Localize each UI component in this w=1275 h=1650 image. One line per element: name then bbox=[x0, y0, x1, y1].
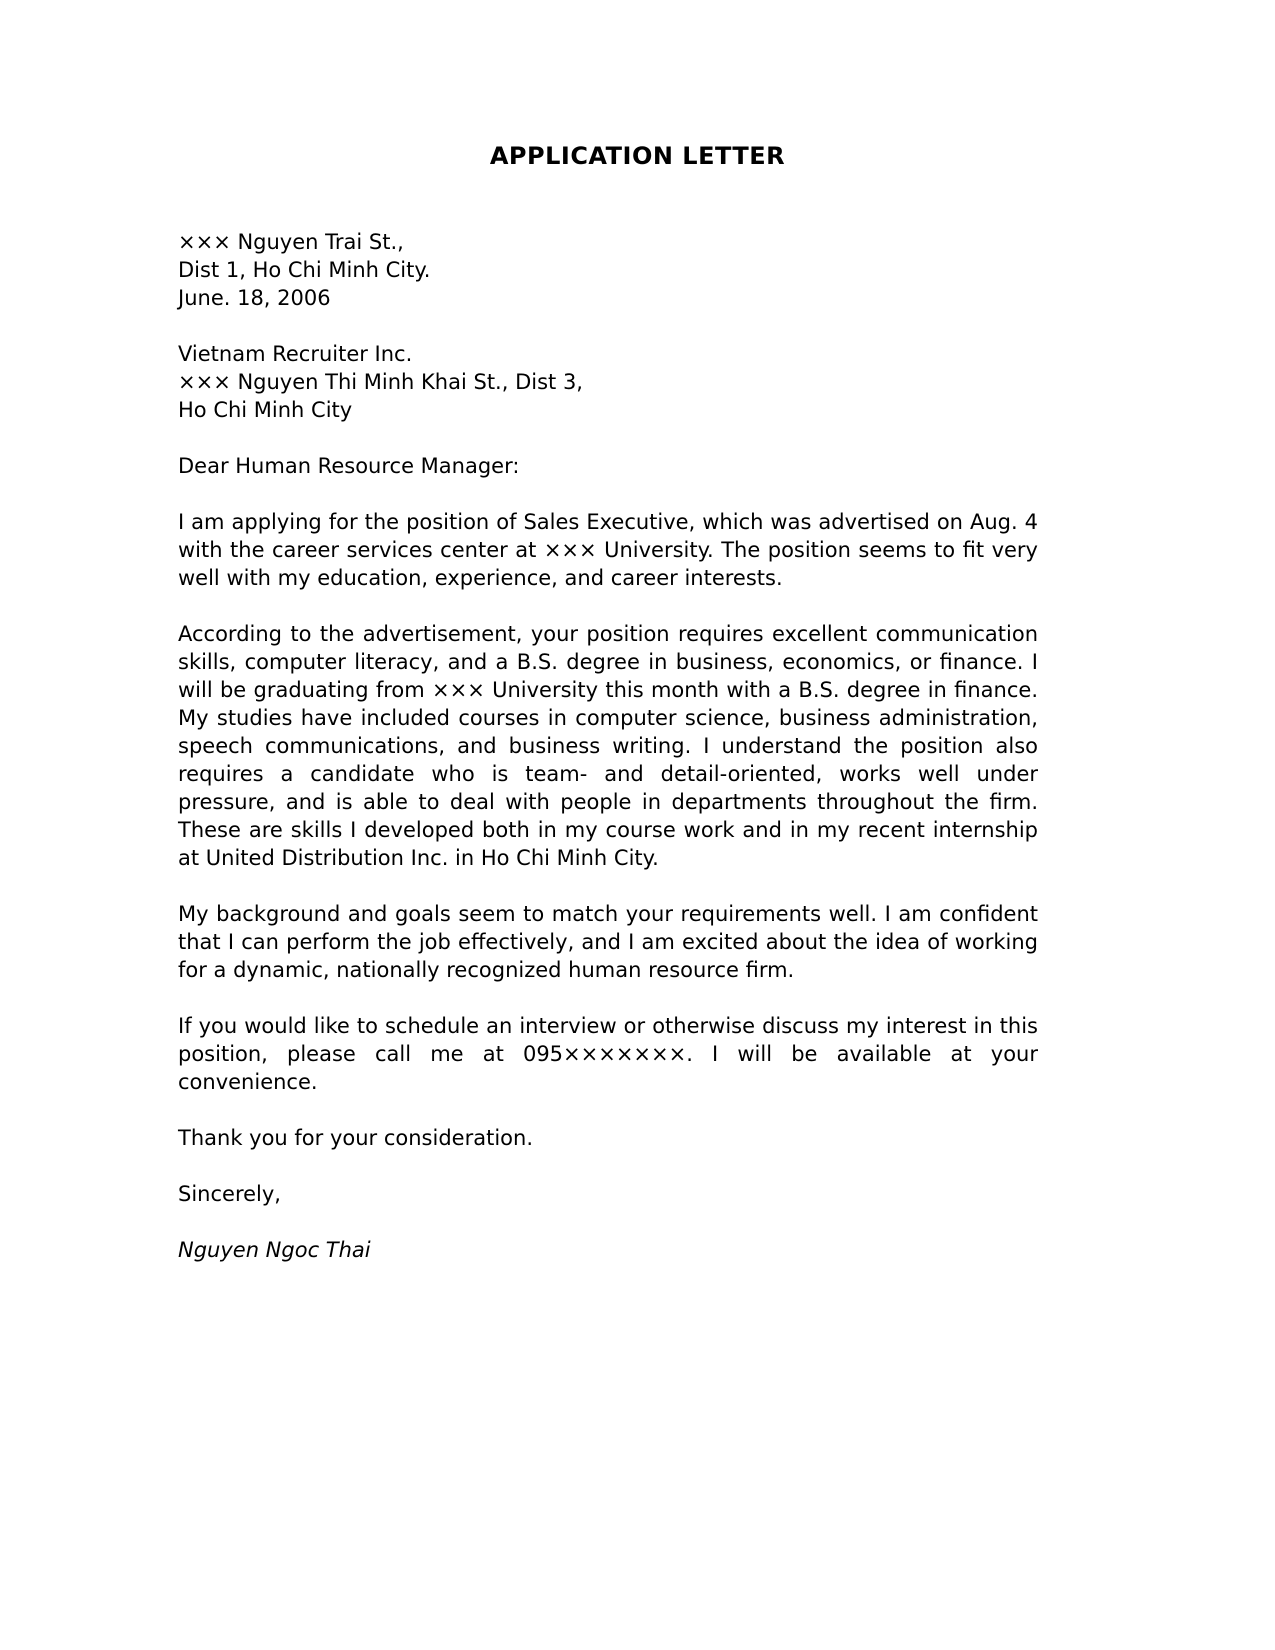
document-title: APPLICATION LETTER bbox=[0, 141, 1275, 171]
sender-address-block: ××× Nguyen Trai St., Dist 1, Ho Chi Minh… bbox=[178, 228, 1038, 312]
recipient-address-block: Vietnam Recruiter Inc. ××× Nguyen Thi Mi… bbox=[178, 340, 1038, 424]
thanks-line: Thank you for your consideration. bbox=[178, 1124, 1038, 1152]
letter-date: June. 18, 2006 bbox=[178, 284, 1038, 312]
sender-city-line: Dist 1, Ho Chi Minh City. bbox=[178, 256, 1038, 284]
sender-street-line: ××× Nguyen Trai St., bbox=[178, 228, 1038, 256]
recipient-company-line: Vietnam Recruiter Inc. bbox=[178, 340, 1038, 368]
body-paragraph-intro: I am applying for the position of Sales … bbox=[178, 508, 1038, 592]
closing-salutation: Sincerely, bbox=[178, 1180, 1038, 1208]
body-paragraph-qualifications: According to the advertisement, your pos… bbox=[178, 620, 1038, 872]
letter-page: APPLICATION LETTER ××× Nguyen Trai St., … bbox=[0, 0, 1275, 1650]
signature-name: Nguyen Ngoc Thai bbox=[178, 1236, 1038, 1264]
recipient-street-line: ××× Nguyen Thi Minh Khai St., Dist 3, bbox=[178, 368, 1038, 396]
body-paragraph-fit: My background and goals seem to match yo… bbox=[178, 900, 1038, 984]
body-paragraph-contact: If you would like to schedule an intervi… bbox=[178, 1012, 1038, 1096]
recipient-city-line: Ho Chi Minh City bbox=[178, 396, 1038, 424]
salutation: Dear Human Resource Manager: bbox=[178, 452, 1038, 480]
